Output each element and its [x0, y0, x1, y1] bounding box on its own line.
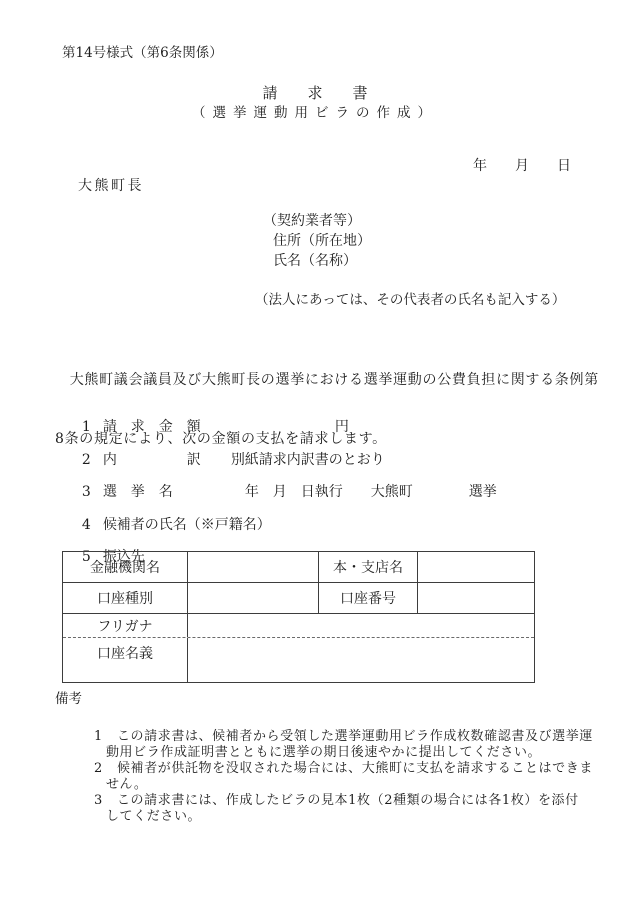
branch-label: 本・支店名	[319, 552, 418, 582]
table-row: 口座名義	[63, 637, 534, 682]
contractor-heading: （契約業者等）	[263, 213, 361, 231]
remark-line: してください。	[87, 790, 201, 839]
account-number-label: 口座番号	[319, 583, 418, 613]
table-row: 口座種別 口座番号	[63, 583, 534, 614]
account-type-value	[188, 583, 319, 613]
item-value: 年 月 日執行 大熊町 選挙	[245, 484, 497, 500]
corporate-note: （法人にあっては、その代表者の氏名も記入する）	[255, 292, 565, 309]
table-row: 金融機関名 本・支店名	[63, 552, 534, 583]
financial-institution-label: 金融機関名	[63, 552, 188, 582]
account-holder-value	[188, 638, 534, 682]
account-number-value	[418, 583, 534, 613]
financial-institution-value	[188, 552, 319, 582]
document-title: 請 求 書	[0, 84, 630, 103]
account-holder-label: 口座名義	[63, 638, 188, 682]
addressee: 大熊町長	[78, 178, 144, 196]
contractor-name-label: 氏名（名称）	[273, 253, 357, 271]
date-line: 年 月 日	[473, 158, 571, 176]
form-number: 第14号様式（第6条関係）	[62, 45, 223, 62]
account-type-label: 口座種別	[63, 583, 188, 613]
table-row: フリガナ	[63, 614, 534, 637]
branch-value	[418, 552, 534, 582]
document-subtitle: （選挙運動用ビラの作成）	[0, 105, 630, 122]
remarks-heading: 備考	[55, 691, 82, 708]
request-statement-line: 大熊町議会議員及び大熊町長の選挙における選挙運動の公費負担に関する条例第	[55, 372, 585, 396]
contractor-address-label: 住所（所在地）	[273, 233, 371, 251]
bank-account-table: 金融機関名 本・支店名 口座種別 口座番号 フリガナ 口座名義	[62, 551, 535, 683]
furigana-label: フリガナ	[63, 614, 188, 637]
document-page: 第14号様式（第6条関係） 請 求 書 （選挙運動用ビラの作成） 年 月 日 大…	[0, 0, 630, 903]
furigana-value	[188, 614, 534, 637]
remark-text: してください。	[106, 809, 201, 824]
